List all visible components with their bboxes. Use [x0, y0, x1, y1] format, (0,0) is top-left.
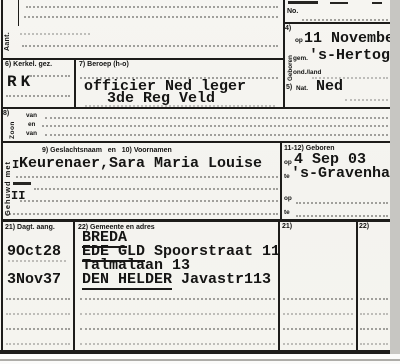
dotted-rule — [296, 215, 388, 217]
divider — [18, 0, 19, 26]
zoon-vertical-label: Zoon — [9, 121, 16, 139]
scan-edge-strip — [390, 0, 400, 357]
dotted-rule — [6, 313, 70, 315]
scanned-record-card: Aant. Geboren Zoon Gehuwd met No. 4) op … — [0, 0, 400, 364]
beroep-header: 7) Beroep (h-o) — [79, 61, 129, 69]
table-header-22: 22) — [359, 223, 369, 231]
dotted-rule — [22, 45, 278, 47]
dotted-rule — [6, 343, 70, 345]
table-header-21: 21) — [282, 223, 292, 231]
van-label: van — [26, 130, 37, 138]
dotted-rule — [20, 33, 90, 35]
dotted-rule — [283, 328, 353, 330]
dotted-rule — [20, 200, 278, 202]
dotted-rule — [80, 298, 275, 300]
dotted-rule — [26, 6, 278, 8]
ondland-label: ond./land — [293, 69, 321, 77]
no-label: No. — [287, 8, 298, 16]
dotted-rule — [16, 176, 278, 178]
divider — [73, 219, 75, 352]
beroep-line2: 3de Reg Veld — [107, 91, 215, 106]
address-street: Javastr113 — [172, 271, 271, 288]
rule — [2, 58, 283, 60]
dotted-rule — [8, 260, 66, 262]
kerkel-value: RK — [7, 75, 34, 90]
registration-date: 3Nov37 — [7, 272, 61, 287]
dotted-rule — [34, 188, 278, 190]
dotted-rule — [45, 117, 388, 119]
divider — [278, 219, 280, 352]
row-II-marker: II — [11, 190, 25, 202]
dotted-rule — [360, 298, 388, 300]
heavy-dash — [13, 182, 31, 185]
address-place: DEN HELDER — [82, 271, 172, 290]
dotted-rule — [6, 213, 278, 215]
name-section-header: 9) Geslachtsnaam en 10) Voornamen — [42, 147, 172, 155]
table-header-date: 21) Dagt. aang. — [5, 224, 55, 232]
op-label: op — [284, 195, 292, 203]
dotted-rule — [283, 313, 353, 315]
gem-label: gem. — [293, 55, 308, 63]
en-label: en — [28, 121, 35, 129]
dotted-rule — [360, 343, 388, 345]
spouse-birth-place-value: 's-Gravenhage — [291, 166, 390, 181]
aant-vertical-label: Aant. — [4, 32, 11, 51]
divider — [74, 58, 76, 108]
address-line: DEN HELDER Javastr113 — [82, 272, 271, 287]
dotted-rule — [80, 328, 275, 330]
birth-date-value: 11 November — [304, 31, 390, 46]
dotted-rule — [80, 313, 275, 315]
dotted-rule — [30, 75, 70, 77]
dotted-rule — [24, 16, 278, 18]
kerkel-header: 6) Kerkel. gez. — [5, 61, 52, 69]
dotted-rule — [80, 343, 275, 345]
dotted-rule — [360, 313, 388, 315]
dotted-rule — [283, 298, 353, 300]
dotted-rule — [6, 95, 70, 97]
nationality-value: Ned — [316, 79, 343, 94]
op-label: op — [295, 37, 303, 45]
nat-label: Nat. — [296, 85, 308, 93]
registration-date: 9Oct28 — [7, 244, 61, 259]
dotted-rule — [6, 298, 70, 300]
dotted-rule — [42, 125, 388, 127]
spouse-name-value: Keurenaer,Sara Maria Louise — [19, 156, 262, 171]
van-label: van — [26, 112, 37, 120]
rule — [2, 107, 390, 109]
divider — [283, 0, 285, 108]
divider — [356, 219, 358, 352]
te-label: te — [284, 173, 290, 181]
dotted-rule — [345, 99, 388, 101]
dotted-rule — [45, 134, 388, 136]
field-5-number: 5) — [286, 84, 292, 92]
clipped-text-fragment — [330, 2, 348, 4]
card-bottom-border — [0, 350, 390, 354]
rule — [283, 22, 390, 24]
card-paper: Aant. Geboren Zoon Gehuwd met No. 4) op … — [0, 0, 390, 354]
divider — [280, 141, 282, 221]
rule — [2, 219, 390, 222]
dotted-rule — [302, 19, 388, 21]
birth-place-value: 's-Hertogenbosch — [309, 48, 390, 63]
field-4-number: 4) — [285, 25, 291, 33]
clipped-text-fragment — [288, 1, 318, 4]
dotted-rule — [296, 202, 388, 204]
dotted-rule — [360, 328, 388, 330]
rule — [2, 141, 390, 143]
clipped-text-fragment — [372, 2, 382, 4]
scan-margin-line — [0, 359, 400, 361]
field-8-number: 8) — [3, 110, 9, 118]
dotted-rule — [6, 328, 70, 330]
dotted-rule — [283, 343, 353, 345]
te-label: te — [284, 209, 290, 217]
